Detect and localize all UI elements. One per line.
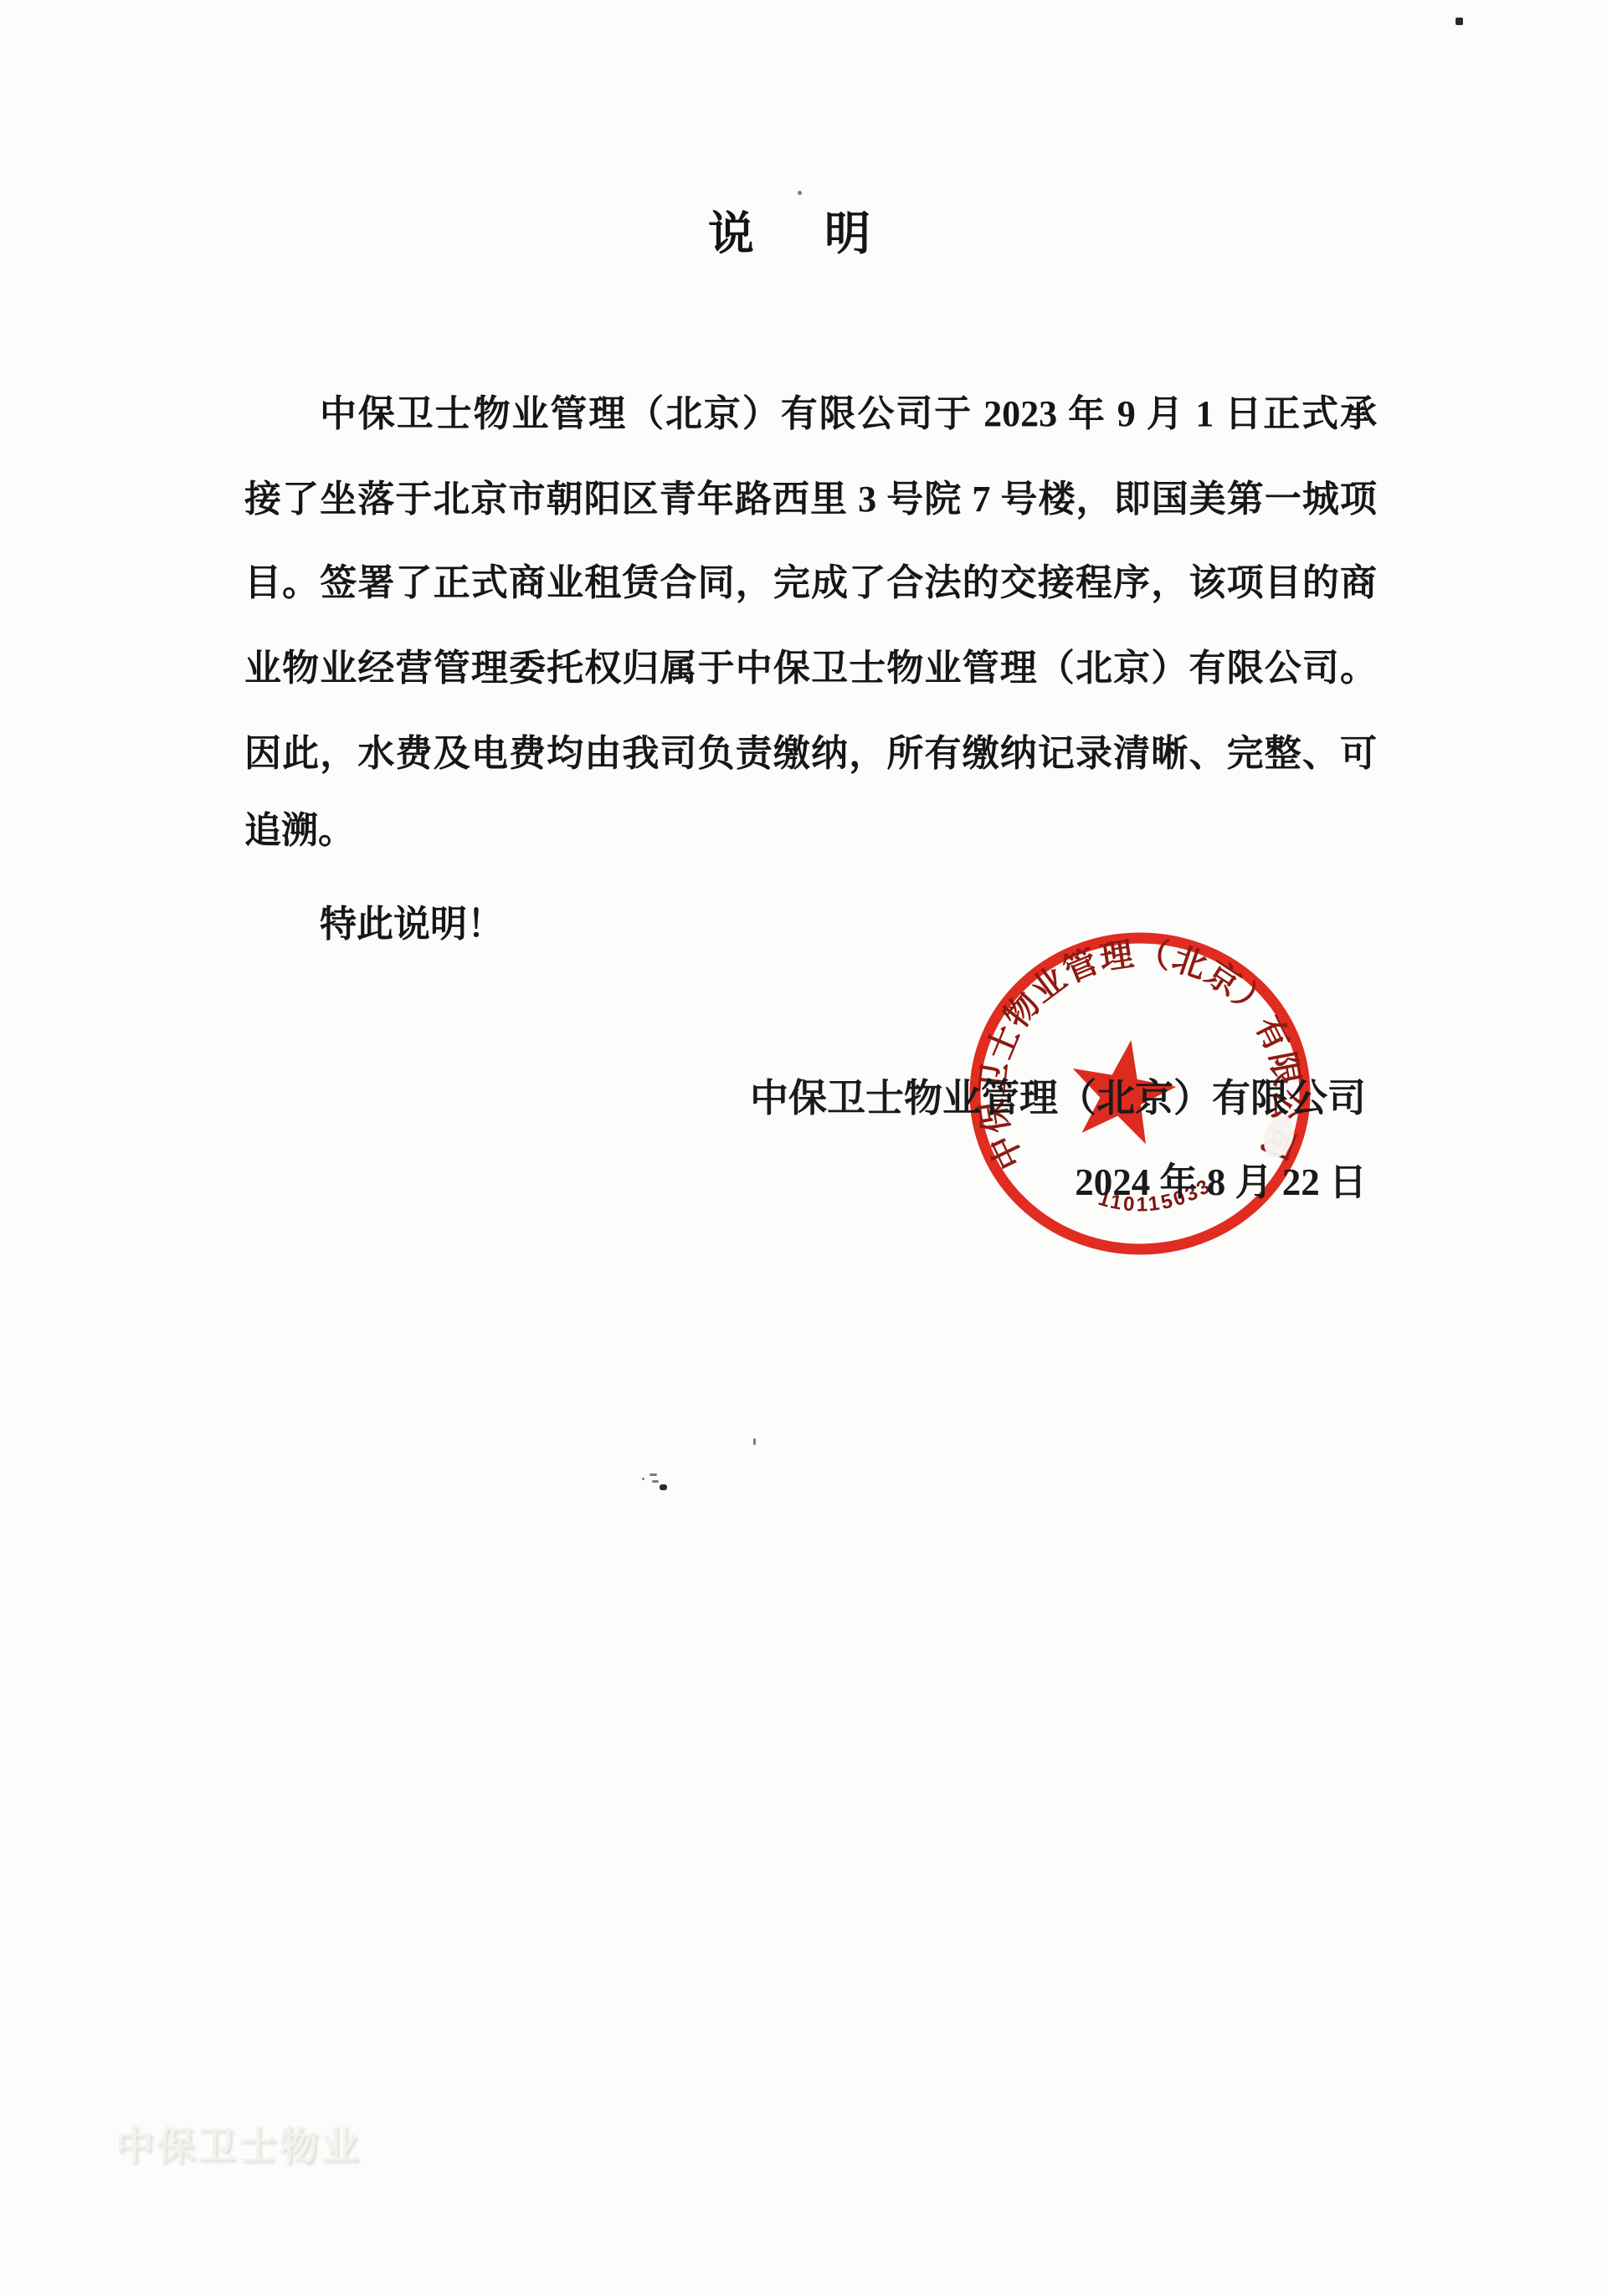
paragraph-line-3: 目。签署了正式商业租赁合同，完成了合法的交接程序，该项目的商 [244,562,1377,609]
signature-company: 中保卫士物业管理（北京）有限公司 [750,1068,1366,1123]
scan-speck [660,1484,667,1490]
closing-statement: 特此说明！ [320,904,504,946]
watermark-text: 中保卫士物业 [116,2115,362,2170]
title-char-left: 说 [708,209,754,260]
paragraph-line-6: 追溯。 [244,810,1377,857]
scan-speck [1456,18,1463,25]
scan-speck [798,191,802,195]
paragraph-line-5: 因此，水费及电费均由我司负责缴纳，所有缴纳记录清晰、完整、可 [244,733,1377,780]
paragraph-line-1: 中保卫士物业管理（北京）有限公司于 2023 年 9 月 1 日正式承 [244,393,1377,440]
scan-speck [753,1438,756,1445]
paragraph-line-2: 接了坐落于北京市朝阳区青年路西里 3 号院 7 号楼，即国美第一城项 [244,479,1377,525]
scanned-statement-page: 说 明 中保卫士物业管理（北京）有限公司于 2023 年 9 月 1 日正式承 … [0,0,1607,2296]
scan-speck [652,1480,659,1483]
scan-speck [642,1478,644,1480]
seal-ring-text-holder: 中保卫士物业管理（北京）有限公司 [973,935,1307,1175]
document-title: 说 明 [708,209,870,260]
seal-ring-text: 中保卫士物业管理（北京）有限公司 [973,935,1307,1175]
title-char-right: 明 [824,209,870,260]
signature-date: 2024 年 8 月 22 日 [1075,1151,1367,1206]
paragraph-line-4: 业物业经营管理委托权归属于中保卫士物业管理（北京）有限公司。 [244,648,1377,694]
scan-speck [649,1473,657,1476]
